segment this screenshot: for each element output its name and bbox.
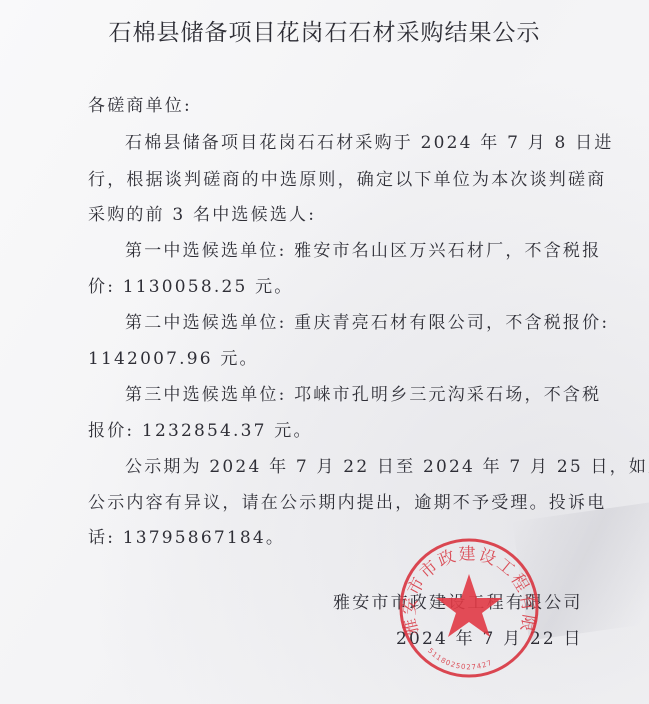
notice-period-line-3: 话: 13795867184。: [88, 523, 285, 548]
official-seal-icon: 雅安市市政建设工程有限公司 5118025027427: [397, 536, 541, 680]
notice-period-line-1: 公示期为 2024 年 7 月 22 日至 2024 年 7 月 25 日，如对: [125, 452, 649, 477]
candidate-3-line-2: 报价: 1232854.37 元。: [88, 416, 313, 441]
body-line-3: 采购的前 3 名中选候选人:: [88, 200, 316, 225]
salutation: 各磋商单位:: [88, 91, 192, 116]
body-line-1: 石棉县储备项目花岗石石材采购于 2024 年 7 月 8 日进: [125, 128, 614, 153]
candidate-2-line-1: 第二中选候选单位: 重庆青亮石材有限公司，不含税报价:: [125, 308, 609, 333]
candidate-3-line-1: 第三中选候选单位: 邛崃市孔明乡三元沟采石场，不含税: [125, 380, 601, 405]
body-line-2: 行，根据谈判磋商的中选原则，确定以下单位为本次谈判磋商: [88, 165, 606, 190]
document-title: 石棉县储备项目花岗石石材采购结果公示: [0, 14, 649, 47]
candidate-2-line-2: 1142007.96 元。: [88, 344, 259, 369]
candidate-1-line-2: 价: 1130058.25 元。: [88, 272, 293, 297]
notice-period-line-2: 公示内容有异议，请在公示期内提出，逾期不予受理。投诉电: [88, 488, 606, 513]
candidate-1-line-1: 第一中选候选单位: 雅安市名山区万兴石材厂，不含税报: [125, 236, 601, 261]
